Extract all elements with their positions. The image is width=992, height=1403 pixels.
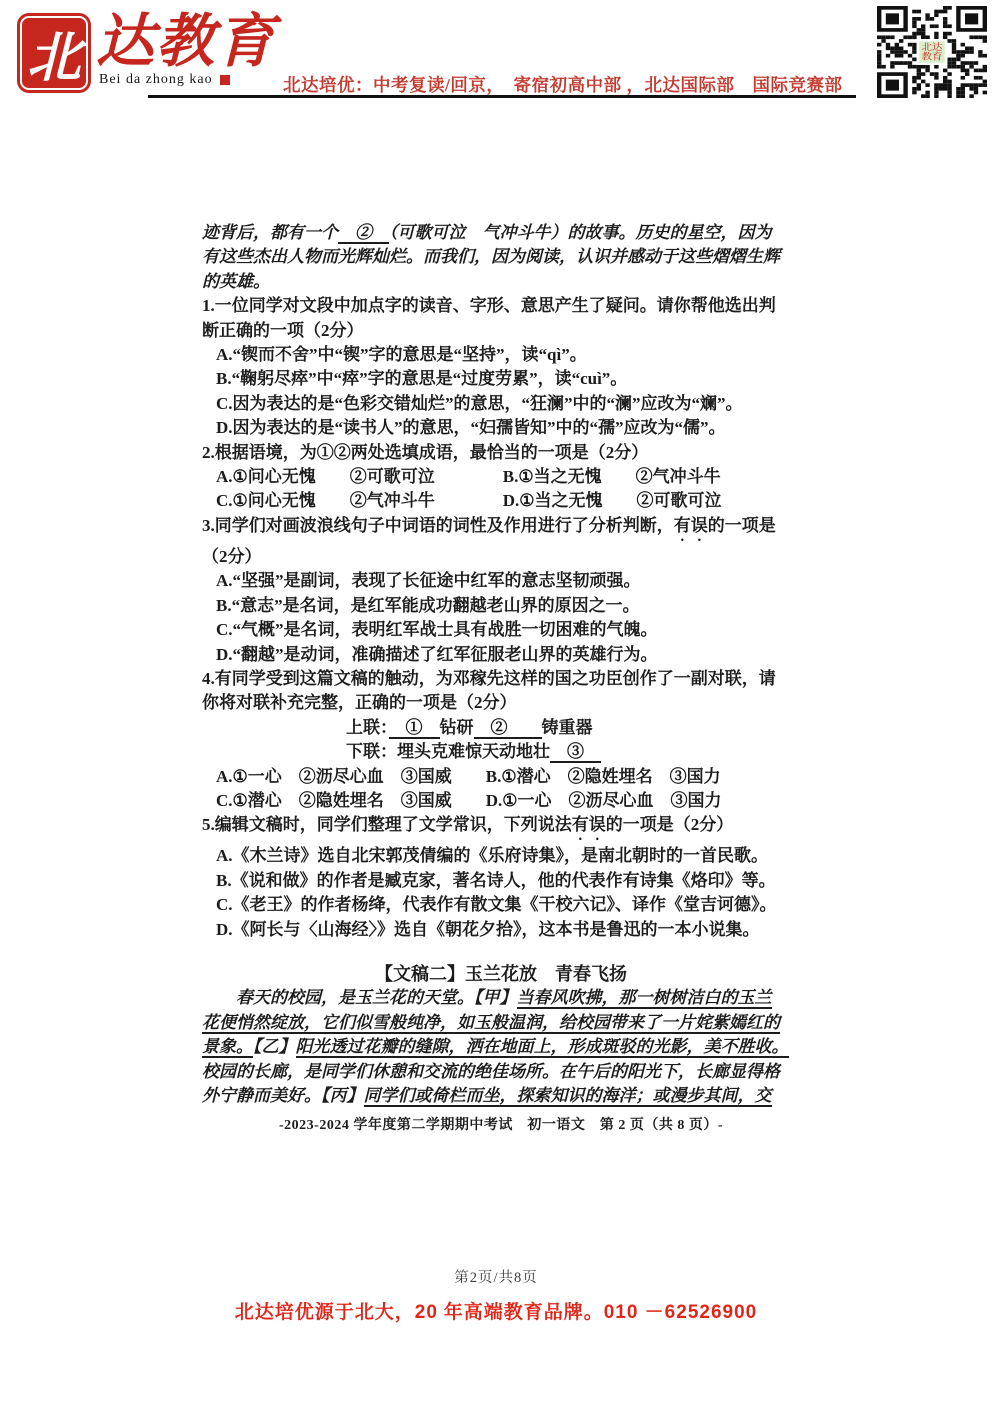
- doc-line: 【文稿二】玉兰花放 青春飞扬: [202, 962, 800, 986]
- brand-square-icon: [220, 75, 230, 85]
- doc-text: 的一项是（2分）: [606, 815, 734, 834]
- doc-text: 阳光透过花瓣的缝隙，洒在地面上，形成斑驳的光影，美不胜收。: [296, 1037, 789, 1058]
- doc-text: 当春风吹拂，那一树树洁白的玉兰: [517, 988, 772, 1009]
- doc-text: 断正确的一项（2分）: [202, 321, 364, 340]
- doc-text: 铸重器: [542, 718, 593, 737]
- promo-footer: 北达培优源于北大，20 年高端教育品牌。010 －62526900: [0, 1297, 992, 1324]
- doc-text: C.“气概”是名词，表明红军战士具有战胜一切困难的气魄。: [216, 620, 658, 639]
- doc-text: 上联：: [346, 718, 389, 737]
- doc-line: D.“翻越”是动词，准确描述了红军征服老山界的英雄行为。: [202, 643, 800, 667]
- doc-text: ③: [550, 742, 601, 763]
- doc-line: 校园的长廊，是同学们休憩和交流的绝佳场所。在午后的阳光下，长廊显得格: [202, 1060, 800, 1084]
- doc-line: 上联： ① 钻研 ② 铸重器: [202, 716, 800, 740]
- doc-text: ①: [389, 718, 440, 739]
- doc-line: -2023-2024 学年度第二学期期中考试 初一语文 第 2 页（共 8 页）…: [202, 1114, 800, 1138]
- doc-text: B.“鞠躬尽瘁”中“瘁”字的意思是“过度劳累”，读“cuì”。: [216, 369, 627, 388]
- doc-text: C.①问心无愧 ②气冲斗牛 D.①当之无愧 ②可歌可泣: [216, 491, 722, 510]
- doc-line: 花便悄然绽放，它们似雪般纯净，如玉般温润，给校园带来了一片姹紫嫣红的: [202, 1011, 800, 1035]
- doc-line: C.《老王》的作者杨绛，代表作有散文集《干校六记》、译作《堂吉诃德》。: [202, 893, 800, 917]
- promo-text-1: 北达培优源于北大，: [235, 1302, 415, 1323]
- doc-text: 有误: [572, 815, 606, 834]
- doc-text: C.《老王》的作者杨绛，代表作有散文集《干校六记》、译作《堂吉诃德》。: [216, 895, 777, 914]
- doc-text: 3.同学们对画波浪线句子中词语的词性及作用进行了分析判断，: [202, 516, 674, 535]
- brand-seal-char: 北: [27, 15, 81, 92]
- doc-text: C.因为表达的是“色彩交错灿烂”的意思，“狂澜”中的“澜”应改为“斓”。: [216, 394, 743, 413]
- doc-line: D.《阿长与〈山海经〉》选自《朝花夕拾》，这本书是鲁迅的一本小说集。: [202, 918, 800, 942]
- page-indicator: 第2页/共8页: [0, 1266, 992, 1287]
- doc-text: 外宁静而美好。【丙】: [202, 1086, 364, 1105]
- doc-line: D.因为表达的是“读书人”的意思，“妇孺皆知”中的“孺”应改为“儒”。: [202, 416, 800, 440]
- doc-text: D.《阿长与〈山海经〉》选自《朝花夕拾》，这本书是鲁迅的一本小说集。: [216, 920, 760, 939]
- promo-text-2: 年高端教育品牌。: [438, 1302, 604, 1323]
- doc-text: ②: [338, 223, 389, 244]
- doc-line: C.①问心无愧 ②气冲斗牛 D.①当之无愧 ②可歌可泣: [202, 489, 800, 513]
- doc-line: A.《木兰诗》选自北宋郭茂倩编的《乐府诗集》，是南北朝时的一首民歌。: [202, 844, 800, 868]
- doc-text: 校园的长廊，是同学们休憩和交流的绝佳场所。在午后的阳光下，长廊显得格: [202, 1062, 780, 1081]
- doc-text: 迹背后，都有一个: [202, 223, 338, 242]
- doc-line: A.“锲而不舍”中“锲”字的意思是“坚持”，读“qì”。: [202, 343, 800, 367]
- doc-text: 有误: [674, 516, 708, 535]
- doc-text: 花便悄然绽放，它们似雪般纯净，如玉般温润，给校园带来了一片姹紫嫣红的: [202, 1013, 780, 1034]
- doc-text: 的英雄。: [202, 272, 270, 291]
- doc-text: ②: [474, 718, 542, 739]
- promo-phone: 010 －62526900: [604, 1302, 758, 1323]
- doc-text: 的一项是: [708, 516, 776, 535]
- doc-text: 【乙】: [253, 1037, 296, 1056]
- doc-text: 5.编辑文稿时，同学们整理了文学常识，下列说法: [202, 815, 572, 834]
- qr-code-svg: 北达教育: [877, 6, 987, 98]
- doc-line: 断正确的一项（2分）: [202, 319, 800, 343]
- brand-subtitle-text: Bei da zhong kao: [99, 72, 213, 88]
- brand-subtitle: Bei da zhong kao: [99, 72, 230, 88]
- doc-line: A.①一心 ②沥尽心血 ③国威 B.①潜心 ②隐姓埋名 ③国力: [202, 765, 800, 789]
- page: 北 达教育 Bei da zhong kao 北达培优：中考复读/回京， 寄宿初…: [0, 0, 992, 1403]
- doc-line: C.因为表达的是“色彩交错灿烂”的意思，“狂澜”中的“澜”应改为“斓”。: [202, 392, 800, 416]
- doc-line: C.①潜心 ②隐姓埋名 ③国威 D.①一心 ②沥尽心血 ③国力: [202, 789, 800, 813]
- brand-seal-icon: 北: [20, 16, 88, 90]
- doc-line: C.“气概”是名词，表明红军战士具有战胜一切困难的气魄。: [202, 618, 800, 642]
- doc-line: 下联：埋头克难惊天动地壮 ③: [202, 740, 800, 764]
- doc-text: 1.一位同学对文段中加点字的读音、字形、意思产生了疑问。请你帮他选出判: [202, 296, 776, 315]
- doc-line: B.“意志”是名词，是红军能成功翻越老山界的原因之一。: [202, 594, 800, 618]
- promo-years: 20: [415, 1302, 438, 1323]
- doc-line: B.《说和做》的作者是臧克家，著名诗人，他的代表作有诗集《烙印》等。: [202, 869, 800, 893]
- doc-line: 外宁静而美好。【丙】同学们或倚栏而坐，探索知识的海洋；或漫步其间，交: [202, 1084, 800, 1108]
- doc-line: 迹背后，都有一个 ② （可歌可泣 气冲斗牛）的故事。历史的星空，因为: [202, 221, 800, 245]
- doc-line: （2分）: [202, 545, 800, 569]
- doc-text: B.“意志”是名词，是红军能成功翻越老山界的原因之一。: [216, 596, 640, 615]
- doc-text: A.①问心无愧 ②可歌可泣 B.①当之无愧 ②气冲斗牛: [216, 467, 721, 486]
- doc-line: B.“鞠躬尽瘁”中“瘁”字的意思是“过度劳累”，读“cuì”。: [202, 367, 800, 391]
- doc-text: D.“翻越”是动词，准确描述了红军征服老山界的英雄行为。: [216, 645, 658, 664]
- doc-text: C.①潜心 ②隐姓埋名 ③国威 D.①一心 ②沥尽心血 ③国力: [216, 791, 722, 810]
- doc-line: 的英雄。: [202, 270, 800, 294]
- header-tagline: 北达培优：中考复读/回京， 寄宿初高中部 ，北达国际部 国际竞赛部: [283, 72, 843, 97]
- doc-line: A.“坚强”是副词，表现了长征途中红军的意志坚韧顽强。: [202, 569, 800, 593]
- doc-text: （可歌可泣 气冲斗牛）的故事。历史的星空，因为: [389, 223, 772, 242]
- doc-text: （2分）: [202, 547, 262, 566]
- header-divider: [148, 95, 856, 98]
- doc-line: 5.编辑文稿时，同学们整理了文学常识，下列说法有误的一项是（2分）: [202, 813, 800, 844]
- doc-text: 有这些杰出人物而光辉灿烂。而我们，因为阅读，认识并感动于这些熠熠生辉: [202, 247, 780, 266]
- qr-code-icon: 北达教育: [877, 6, 987, 98]
- svg-text:教育: 教育: [921, 50, 942, 62]
- doc-text: 下联：埋头克难惊天动地壮: [346, 742, 550, 761]
- doc-line: 春天的校园，是玉兰花的天堂。【甲】当春风吹拂，那一树树洁白的玉兰: [202, 986, 800, 1010]
- doc-text: 同学们或倚栏而坐，探索知识的海洋；或漫步其间，交: [364, 1086, 772, 1107]
- doc-line: 景象。【乙】阳光透过花瓣的缝隙，洒在地面上，形成斑驳的光影，美不胜收。: [202, 1035, 800, 1059]
- doc-text: 景象。: [202, 1037, 253, 1058]
- doc-text: -2023-2024 学年度第二学期期中考试 初一语文 第 2 页（共 8 页）…: [279, 1118, 723, 1133]
- doc-text: A.《木兰诗》选自北宋郭茂倩编的《乐府诗集》，是南北朝时的一首民歌。: [216, 846, 768, 865]
- doc-text: 春天的校园，是玉兰花的天堂。【甲】: [202, 988, 517, 1007]
- doc-text: 你将对联补充完整，正确的一项是（2分）: [202, 693, 517, 712]
- doc-line: 2.根据语境，为①②两处选填成语，最恰当的一项是（2分）: [202, 441, 800, 465]
- doc-text: 4.有同学受到这篇文稿的触动，为邓稼先这样的国之功臣创作了一副对联，请: [202, 669, 776, 688]
- doc-text: B.《说和做》的作者是臧克家，著名诗人，他的代表作有诗集《烙印》等。: [216, 871, 776, 890]
- doc-text: 钻研: [440, 718, 474, 737]
- doc-line: 4.有同学受到这篇文稿的触动，为邓稼先这样的国之功臣创作了一副对联，请: [202, 667, 800, 691]
- doc-text: A.“坚强”是副词，表现了长征途中红军的意志坚韧顽强。: [216, 571, 641, 590]
- doc-line: 有这些杰出人物而光辉灿烂。而我们，因为阅读，认识并感动于这些熠熠生辉: [202, 245, 800, 269]
- doc-line: 你将对联补充完整，正确的一项是（2分）: [202, 691, 800, 715]
- doc-text: 【文稿二】玉兰花放 青春飞扬: [375, 964, 627, 984]
- exam-scan-document: 迹背后，都有一个 ② （可歌可泣 气冲斗牛）的故事。历史的星空，因为有这些杰出人…: [202, 221, 800, 1139]
- doc-line: 1.一位同学对文段中加点字的读音、字形、意思产生了疑问。请你帮他选出判: [202, 294, 800, 318]
- doc-text: D.因为表达的是“读书人”的意思，“妇孺皆知”中的“孺”应改为“儒”。: [216, 418, 726, 437]
- doc-line: A.①问心无愧 ②可歌可泣 B.①当之无愧 ②气冲斗牛: [202, 465, 800, 489]
- doc-line: 3.同学们对画波浪线句子中词语的词性及作用进行了分析判断，有误的一项是: [202, 514, 800, 545]
- doc-text: A.①一心 ②沥尽心血 ③国威 B.①潜心 ②隐姓埋名 ③国力: [216, 767, 721, 786]
- doc-text: A.“锲而不舍”中“锲”字的意思是“坚持”，读“qì”。: [216, 345, 587, 364]
- doc-text: 2.根据语境，为①②两处选填成语，最恰当的一项是（2分）: [202, 443, 648, 462]
